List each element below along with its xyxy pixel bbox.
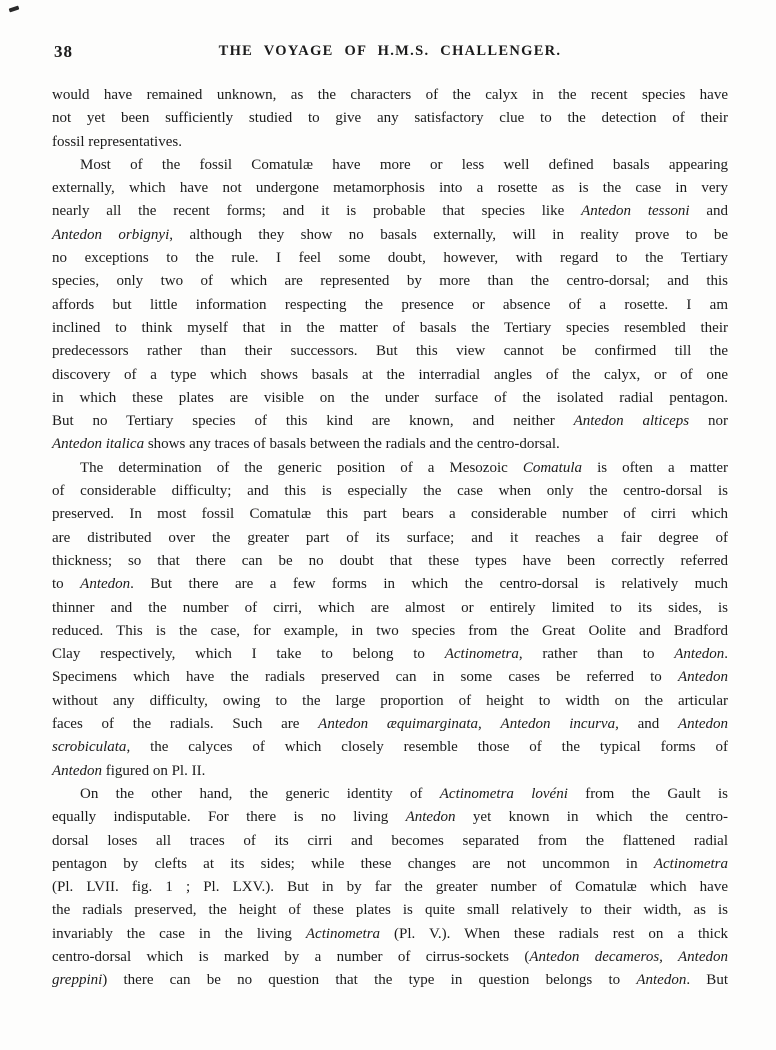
text-segment: . But [686, 972, 728, 988]
text-line: The determination of the generic positio… [52, 457, 728, 480]
text-line: Clay respectively, which I take to belon… [52, 643, 728, 666]
text-segment: . But there are a few forms in which the… [130, 576, 728, 592]
text-segment: yet known in which the centro- [456, 809, 728, 825]
text-segment: without any difficulty, owing to the lar… [52, 693, 728, 709]
paragraph: On the other hand, the generic identity … [52, 783, 728, 993]
text-segment: (Pl. LVII. fig. 1 ; Pl. LXV.). But in by… [52, 879, 728, 895]
paragraph: Most of the fossil Comatulæ have more or… [52, 154, 728, 457]
text-segment: affords but little information respectin… [52, 297, 728, 313]
text-segment: figured on Pl. II. [102, 763, 205, 779]
species-name-italic: Antedon alticeps [574, 413, 690, 429]
text-segment: But no Tertiary species of this kind are… [52, 413, 574, 429]
book-page: 38 THE VOYAGE OF H.M.S. CHALLENGER. woul… [0, 0, 776, 1050]
text-segment: dorsal loses all traces of its cirri and… [52, 833, 728, 849]
text-segment: would have remained unknown, as the char… [52, 87, 728, 103]
text-segment: , although they show no basals externall… [169, 227, 728, 243]
text-segment: , rather than to [519, 646, 674, 662]
text-segment: invariably the case in the living [52, 926, 306, 942]
species-name-italic: Antedon [80, 576, 130, 592]
text-line: inclined to think myself that in the mat… [52, 317, 728, 340]
species-name-italic: scrobiculata [52, 739, 126, 755]
text-line: affords but little information respectin… [52, 294, 728, 317]
text-line: externally, which have not undergone met… [52, 177, 728, 200]
text-line: without any difficulty, owing to the lar… [52, 690, 728, 713]
text-segment: in which these plates are visible on the… [52, 390, 728, 406]
text-segment: pentagon by clefts at its sides; while t… [52, 856, 654, 872]
text-line: Most of the fossil Comatulæ have more or… [52, 154, 728, 177]
text-line: nearly all the recent forms; and it is p… [52, 200, 728, 223]
species-name-italic: Antedon tessoni [581, 203, 689, 219]
text-line: greppini) there can be no question that … [52, 969, 728, 992]
text-line: preserved. In most fossil Comatulæ this … [52, 503, 728, 526]
text-segment: nor [689, 413, 728, 429]
species-name-italic: Antedon orbignyi [52, 227, 169, 243]
species-name-italic: Antedon [406, 809, 456, 825]
text-line: centro-dorsal which is marked by a numbe… [52, 946, 728, 969]
text-segment: shows any traces of basals between the r… [144, 436, 560, 452]
text-segment: externally, which have not undergone met… [52, 180, 728, 196]
text-line: discovery of a type which shows basals a… [52, 364, 728, 387]
text-line: fossil representatives. [52, 131, 728, 154]
text-segment: from the Gault is [568, 786, 728, 802]
text-segment: nearly all the recent forms; and it is p… [52, 203, 581, 219]
text-segment: ) there can be no question that the type… [102, 972, 636, 988]
text-segment: the radials preserved, the height of the… [52, 902, 728, 918]
species-name-italic: Actinometra [654, 856, 728, 872]
text-line: the radials preserved, the height of the… [52, 899, 728, 922]
text-line: Antedon italica shows any traces of basa… [52, 433, 728, 456]
species-name-italic: Actinometra [306, 926, 380, 942]
species-name-italic: Actinometra lovéni [440, 786, 568, 802]
text-line: equally indisputable. For there is no li… [52, 806, 728, 829]
text-line: not yet been sufficiently studied to giv… [52, 107, 728, 130]
species-name-italic: Antedon italica [52, 436, 144, 452]
text-segment: preserved. In most fossil Comatulæ this … [52, 506, 728, 522]
text-segment: , [478, 716, 501, 732]
text-line: On the other hand, the generic identity … [52, 783, 728, 806]
scan-artifact [9, 6, 20, 13]
species-name-italic: Antedon [674, 646, 724, 662]
text-line: in which these plates are visible on the… [52, 387, 728, 410]
text-segment: , the calyces of which closely resemble … [126, 739, 728, 755]
running-header-title: THE VOYAGE OF H.M.S. CHALLENGER. [52, 43, 728, 60]
species-name-italic: Antedon [636, 972, 686, 988]
text-segment: Specimens which have the radials preserv… [52, 669, 678, 685]
text-line: are distributed over the greater part of… [52, 527, 728, 550]
text-segment: predecessors rather than their successor… [52, 343, 728, 359]
text-line: scrobiculata, the calyces of which close… [52, 736, 728, 759]
text-segment: inclined to think myself that in the mat… [52, 320, 728, 336]
text-segment: and [690, 203, 728, 219]
text-segment: reduced. This is the case, for example, … [52, 623, 728, 639]
text-segment: . [724, 646, 728, 662]
text-segment: thinner and the number of cirri, which a… [52, 600, 728, 616]
text-line: pentagon by clefts at its sides; while t… [52, 853, 728, 876]
text-line: Specimens which have the radials preserv… [52, 666, 728, 689]
text-segment: is often a matter [582, 460, 728, 476]
text-line: predecessors rather than their successor… [52, 340, 728, 363]
species-name-italic: Antedon [678, 716, 728, 732]
text-segment: , and [615, 716, 678, 732]
text-segment: thickness; so that there can be no doubt… [52, 553, 728, 569]
text-segment: no exceptions to the rule. I feel some d… [52, 250, 728, 266]
text-segment: equally indisputable. For there is no li… [52, 809, 406, 825]
text-line: to Antedon. But there are a few forms in… [52, 573, 728, 596]
text-segment: (Pl. V.). When these radials rest on a t… [380, 926, 728, 942]
text-line: would have remained unknown, as the char… [52, 84, 728, 107]
text-segment: to [52, 576, 80, 592]
text-segment: Most of the fossil Comatulæ have more or… [80, 157, 728, 173]
text-line: Antedon orbignyi, although they show no … [52, 224, 728, 247]
species-name-italic: Actinometra [445, 646, 519, 662]
text-segment: faces of the radials. Such are [52, 716, 318, 732]
text-line: (Pl. LVII. fig. 1 ; Pl. LXV.). But in by… [52, 876, 728, 899]
text-segment: discovery of a type which shows basals a… [52, 367, 728, 383]
species-name-italic: greppini [52, 972, 102, 988]
species-name-italic: Antedon [678, 669, 728, 685]
paragraph: would have remained unknown, as the char… [52, 84, 728, 154]
running-header: 38 THE VOYAGE OF H.M.S. CHALLENGER. [52, 42, 728, 64]
text-line: of considerable difficulty; and this is … [52, 480, 728, 503]
text-line: But no Tertiary species of this kind are… [52, 410, 728, 433]
text-line: thickness; so that there can be no doubt… [52, 550, 728, 573]
page-body: would have remained unknown, as the char… [52, 84, 728, 993]
text-segment: of considerable difficulty; and this is … [52, 483, 728, 499]
text-segment: not yet been sufficiently studied to giv… [52, 110, 728, 126]
species-name-italic: Antedon [52, 763, 102, 779]
text-line: dorsal loses all traces of its cirri and… [52, 830, 728, 853]
text-segment: Clay respectively, which I take to belon… [52, 646, 445, 662]
species-name-italic: Antedon incurva [501, 716, 616, 732]
text-line: Antedon figured on Pl. II. [52, 760, 728, 783]
text-segment: fossil representatives. [52, 134, 182, 150]
text-segment: centro-dorsal which is marked by a numbe… [52, 949, 529, 965]
text-segment: On the other hand, the generic identity … [80, 786, 440, 802]
species-name-italic: Antedon decameros, Antedon [529, 949, 728, 965]
text-segment: The determination of the generic positio… [80, 460, 523, 476]
text-segment: are distributed over the greater part of… [52, 530, 728, 546]
text-line: invariably the case in the living Actino… [52, 923, 728, 946]
species-name-italic: Antedon æquimarginata [318, 716, 478, 732]
text-line: species, only two of which are represent… [52, 270, 728, 293]
text-line: reduced. This is the case, for example, … [52, 620, 728, 643]
paragraph: The determination of the generic positio… [52, 457, 728, 783]
text-line: faces of the radials. Such are Antedon æ… [52, 713, 728, 736]
text-line: thinner and the number of cirri, which a… [52, 597, 728, 620]
text-segment: species, only two of which are represent… [52, 273, 728, 289]
text-line: no exceptions to the rule. I feel some d… [52, 247, 728, 270]
species-name-italic: Comatula [523, 460, 582, 476]
